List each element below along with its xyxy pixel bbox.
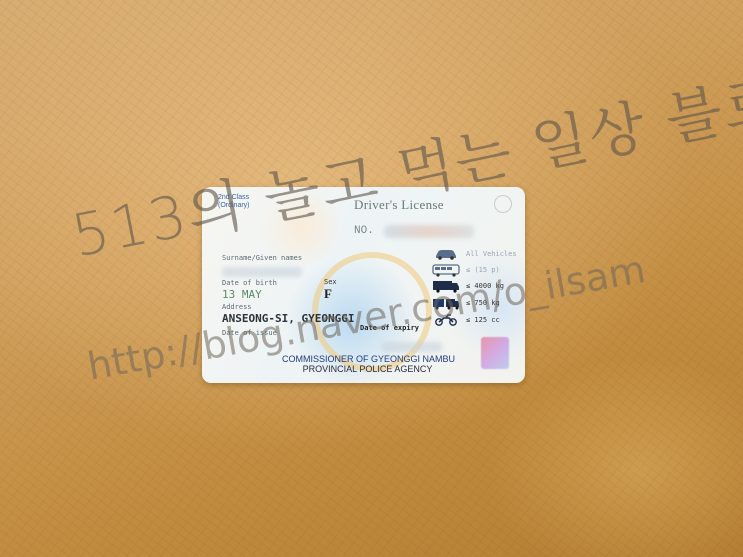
car-icon — [432, 248, 460, 260]
bus-icon — [432, 264, 460, 276]
motorcycle-icon — [432, 314, 460, 326]
address-label: Address — [222, 303, 252, 311]
vehicle-class-text: ≤ 125 cc — [466, 316, 500, 324]
address-value: ANSEONG-SI, GYEONGGI — [222, 312, 354, 325]
issuing-authority: COMMISSIONER OF GYEONGGI NAMBU PROVINCIA… — [202, 354, 525, 374]
dob-label: Date of birth — [222, 279, 277, 287]
license-class: 2nd Class (Ordinary) — [218, 194, 250, 210]
vehicle-class-row: ≤ 4000 kg — [432, 280, 504, 292]
trailer-truck-icon — [432, 297, 460, 309]
expiry-date-label: Date of expiry — [360, 324, 419, 332]
license-number-label: NO. — [354, 225, 374, 237]
truck-icon — [432, 280, 460, 292]
license-number-redacted — [384, 225, 474, 238]
vehicle-class-row: ≤ 750 kg — [432, 297, 500, 309]
vehicle-class-text: ≤ 750 kg — [466, 299, 500, 307]
name-redacted — [222, 267, 302, 277]
class-line: 2nd Class — [218, 194, 250, 202]
vehicle-class-row: All Vehicles — [432, 248, 517, 260]
issue-date-label: Date of issue — [222, 329, 277, 337]
vehicle-class-text: All Vehicles — [466, 250, 517, 258]
issuer-line: COMMISSIONER OF GYEONGGI NAMBU — [202, 354, 525, 364]
drivers-license-card: 2nd Class (Ordinary) Driver's License NO… — [202, 187, 525, 383]
name-label: Surname/Given names — [222, 254, 302, 262]
issuer-line: PROVINCIAL POLICE AGENCY — [202, 364, 525, 374]
card-title: Driver's License — [354, 197, 444, 213]
class-subline: (Ordinary) — [218, 202, 250, 210]
sex-label: Sex — [324, 278, 337, 286]
sex-value: F — [324, 286, 332, 302]
vehicle-class-row: ≤ 125 cc — [432, 314, 500, 326]
dob-value: 13 MAY — [222, 288, 262, 301]
vehicle-class-text: ≤ 4000 kg — [466, 282, 504, 290]
expiry-redacted — [382, 342, 442, 352]
hologram-circle-icon — [494, 195, 512, 213]
vehicle-class-row: ≤ (15 p) — [432, 264, 500, 276]
vehicle-class-text: ≤ (15 p) — [466, 266, 500, 274]
